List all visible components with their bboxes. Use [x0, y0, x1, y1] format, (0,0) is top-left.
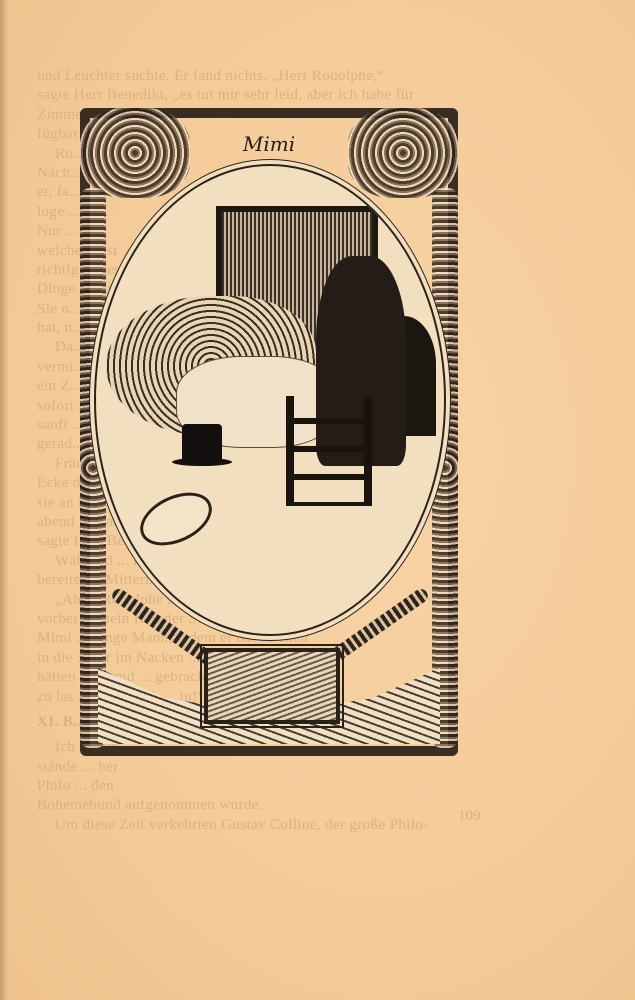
guitar: [132, 482, 220, 556]
book-page: und Leuchter suchte. Er fand nichts. „He…: [0, 0, 635, 1000]
vignette-oval: [94, 164, 446, 636]
cherub-top-hat: [182, 424, 222, 462]
chair: [286, 396, 372, 506]
page-number: 109: [458, 808, 481, 825]
text-line: stände ... her: [37, 757, 483, 776]
landscape-picture: [204, 648, 340, 724]
text-line: Um diese Zeit verkehrten Gustav Colline,…: [37, 815, 483, 834]
text-line: Philo ... den: [37, 776, 483, 795]
text-line: und Leuchter suchte. Er fand nichts. „He…: [37, 66, 483, 85]
illustration-plate: Mimi: [80, 108, 458, 756]
page-spine-shadow: [0, 0, 8, 1000]
text-line: Bohemebund aufgenommen wurde.: [37, 795, 483, 814]
text-line: sagte Herr Benedikt, „es tut mir sehr le…: [37, 85, 483, 104]
illustration-title: Mimi: [80, 132, 458, 156]
